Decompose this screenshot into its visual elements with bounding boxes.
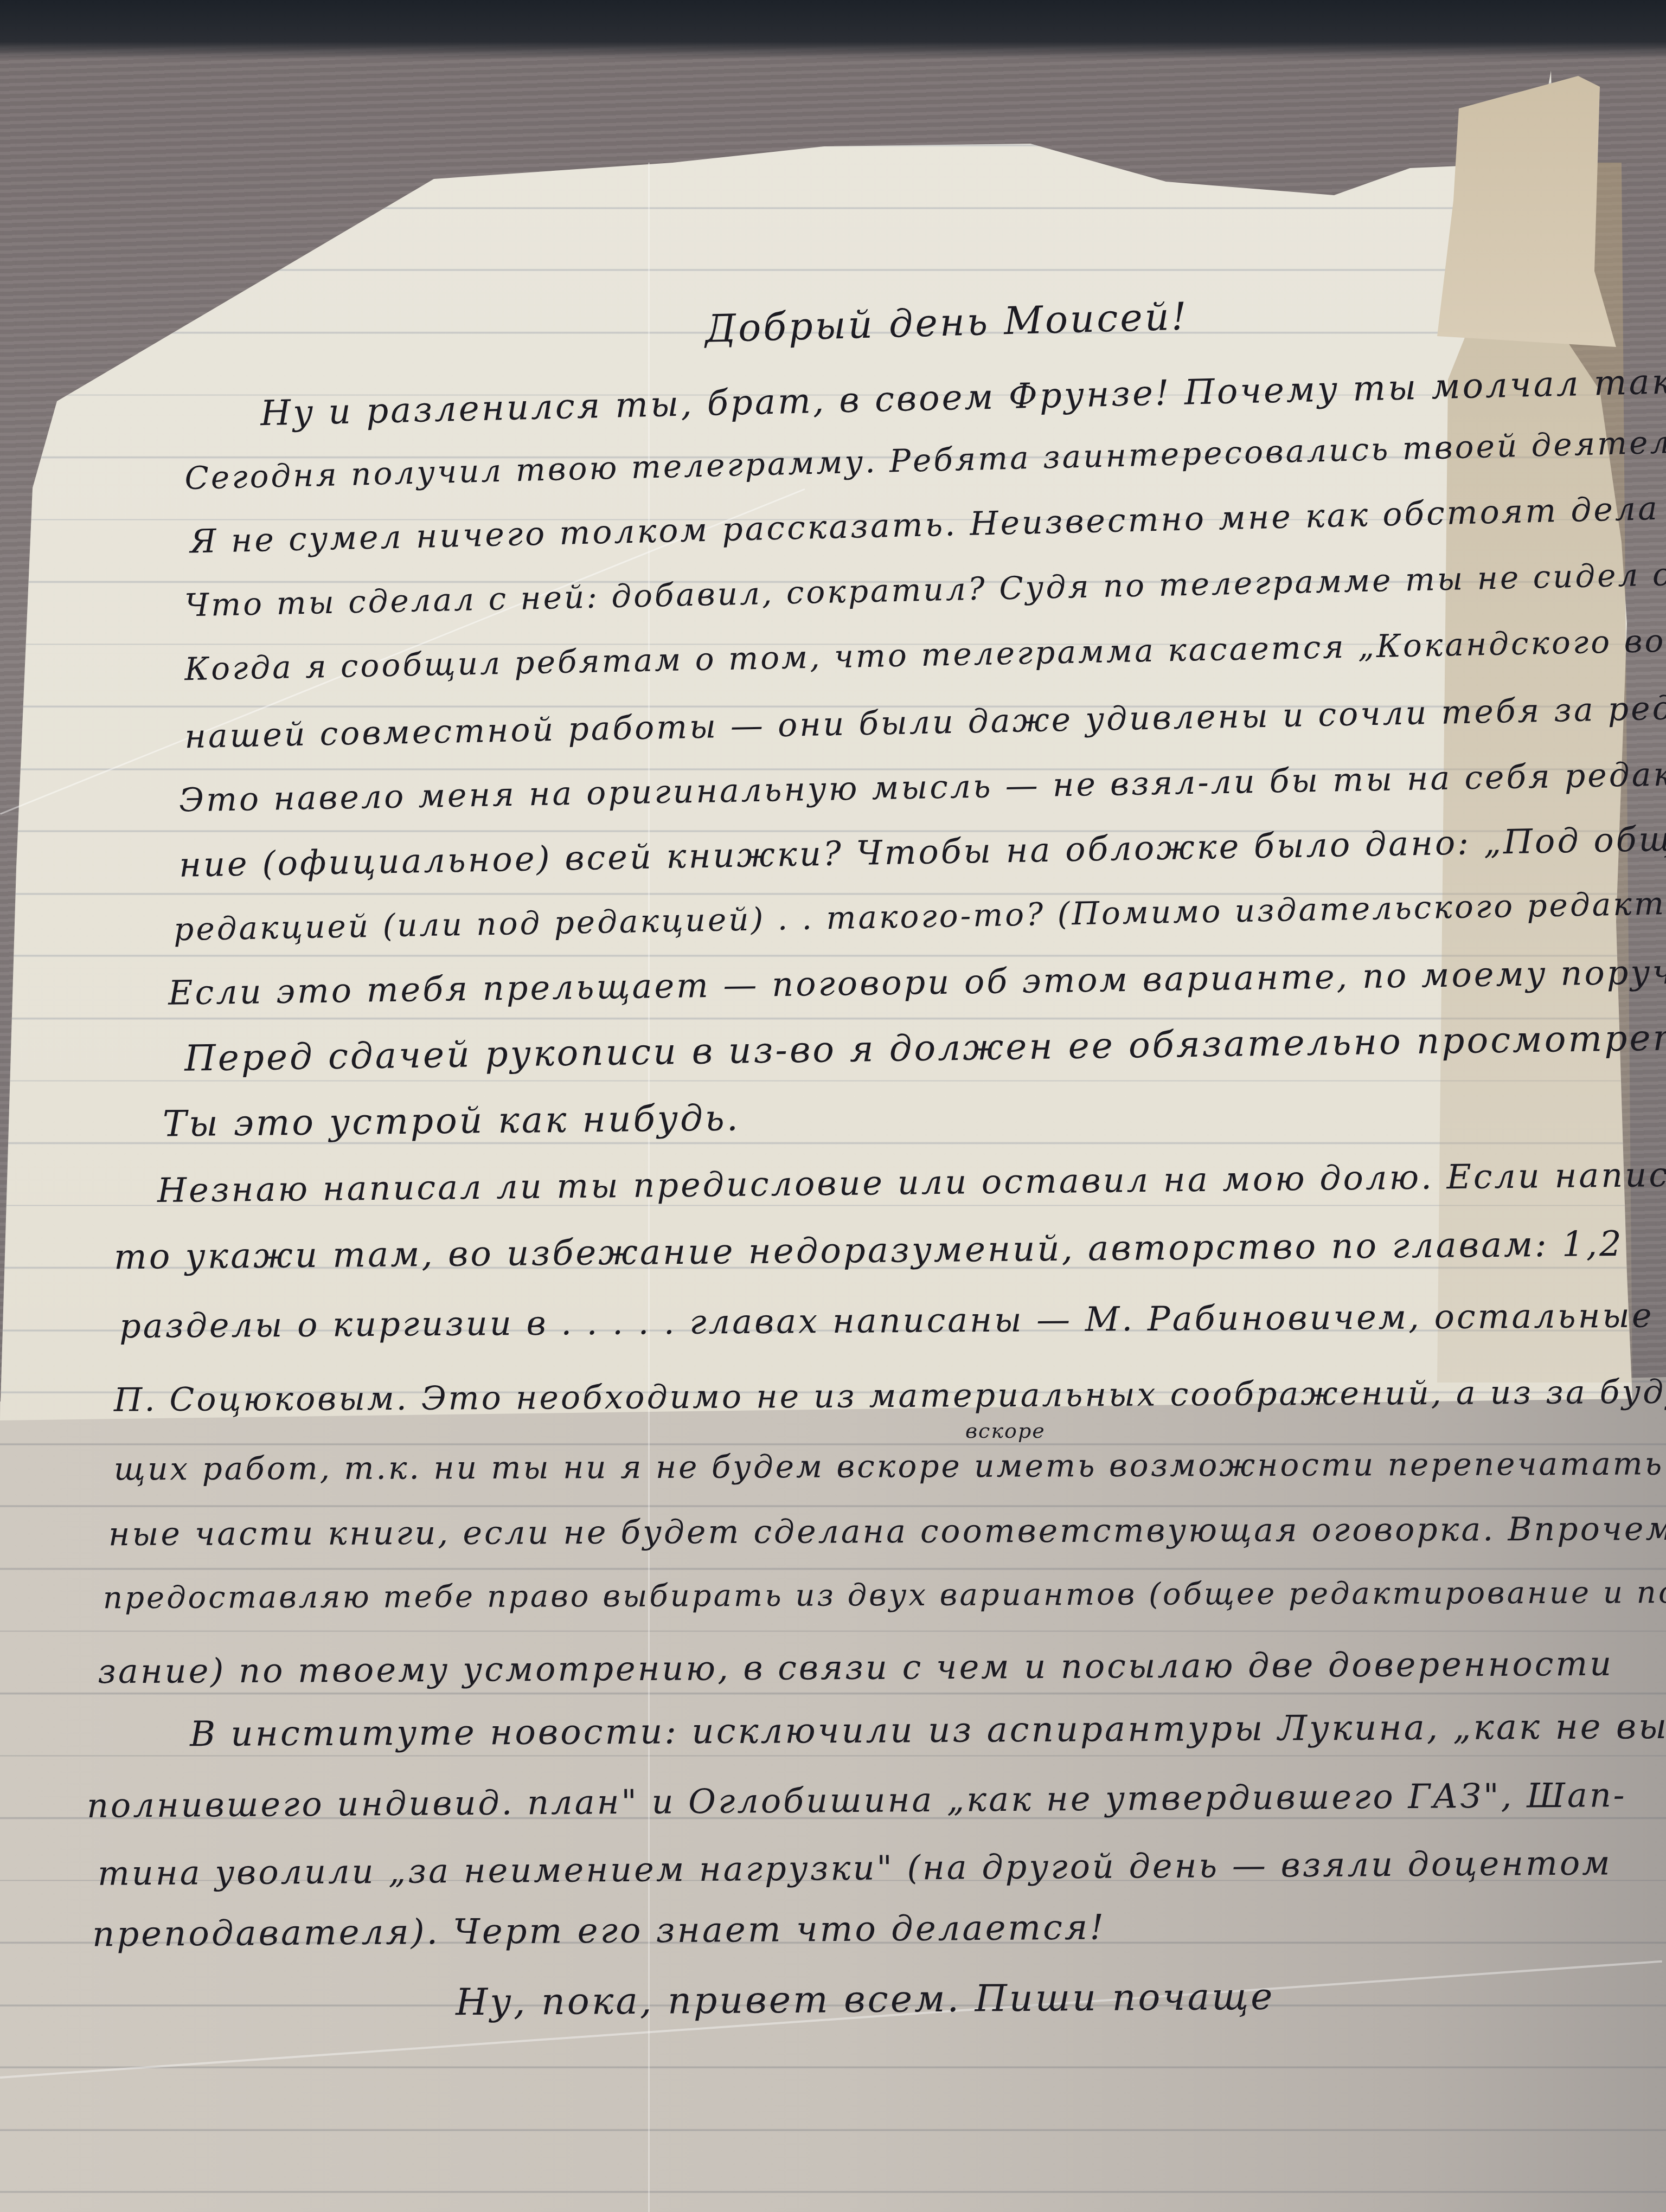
interlinear-insertion: вскоре	[965, 1420, 1046, 1441]
letter-line: тина уволили „за неимением нагрузки" (на…	[98, 1846, 1612, 1890]
letter-line: преподавателя). Черт его знает что делае…	[92, 1910, 1106, 1952]
letter-line: разделы о киргизии в . . . . . главах на…	[119, 1298, 1666, 1343]
letter-line: В институте новости: исключили из аспира…	[190, 1709, 1666, 1752]
letter-line: зание) по твоему усмотрению, в связи с ч…	[98, 1647, 1614, 1689]
torn-corner-flap	[1437, 65, 1616, 347]
letter-line: полнившего индивид. план" и Оглобишина „…	[87, 1778, 1627, 1823]
letter-line: П. Соцюковым. Это необходимо не из матер…	[114, 1375, 1666, 1416]
letter-line: предоставляю тебе право выбирать из двух…	[103, 1578, 1666, 1613]
letter-line: щих работ, т.к. ни ты ни я не будем вско…	[114, 1447, 1666, 1484]
letter-line: Ты это устрой как нибудь.	[163, 1100, 740, 1142]
letter-sheet: Добрый день Моисей! Ну и разленился ты, …	[0, 0, 1666, 2212]
letter-closing: Ну, пока, привет всем. Пиши почаще	[456, 1979, 1275, 2022]
letter-greeting: Добрый день Моисей!	[704, 297, 1189, 348]
letter-line: ные части книги, если не будет сделана с…	[108, 1513, 1666, 1551]
